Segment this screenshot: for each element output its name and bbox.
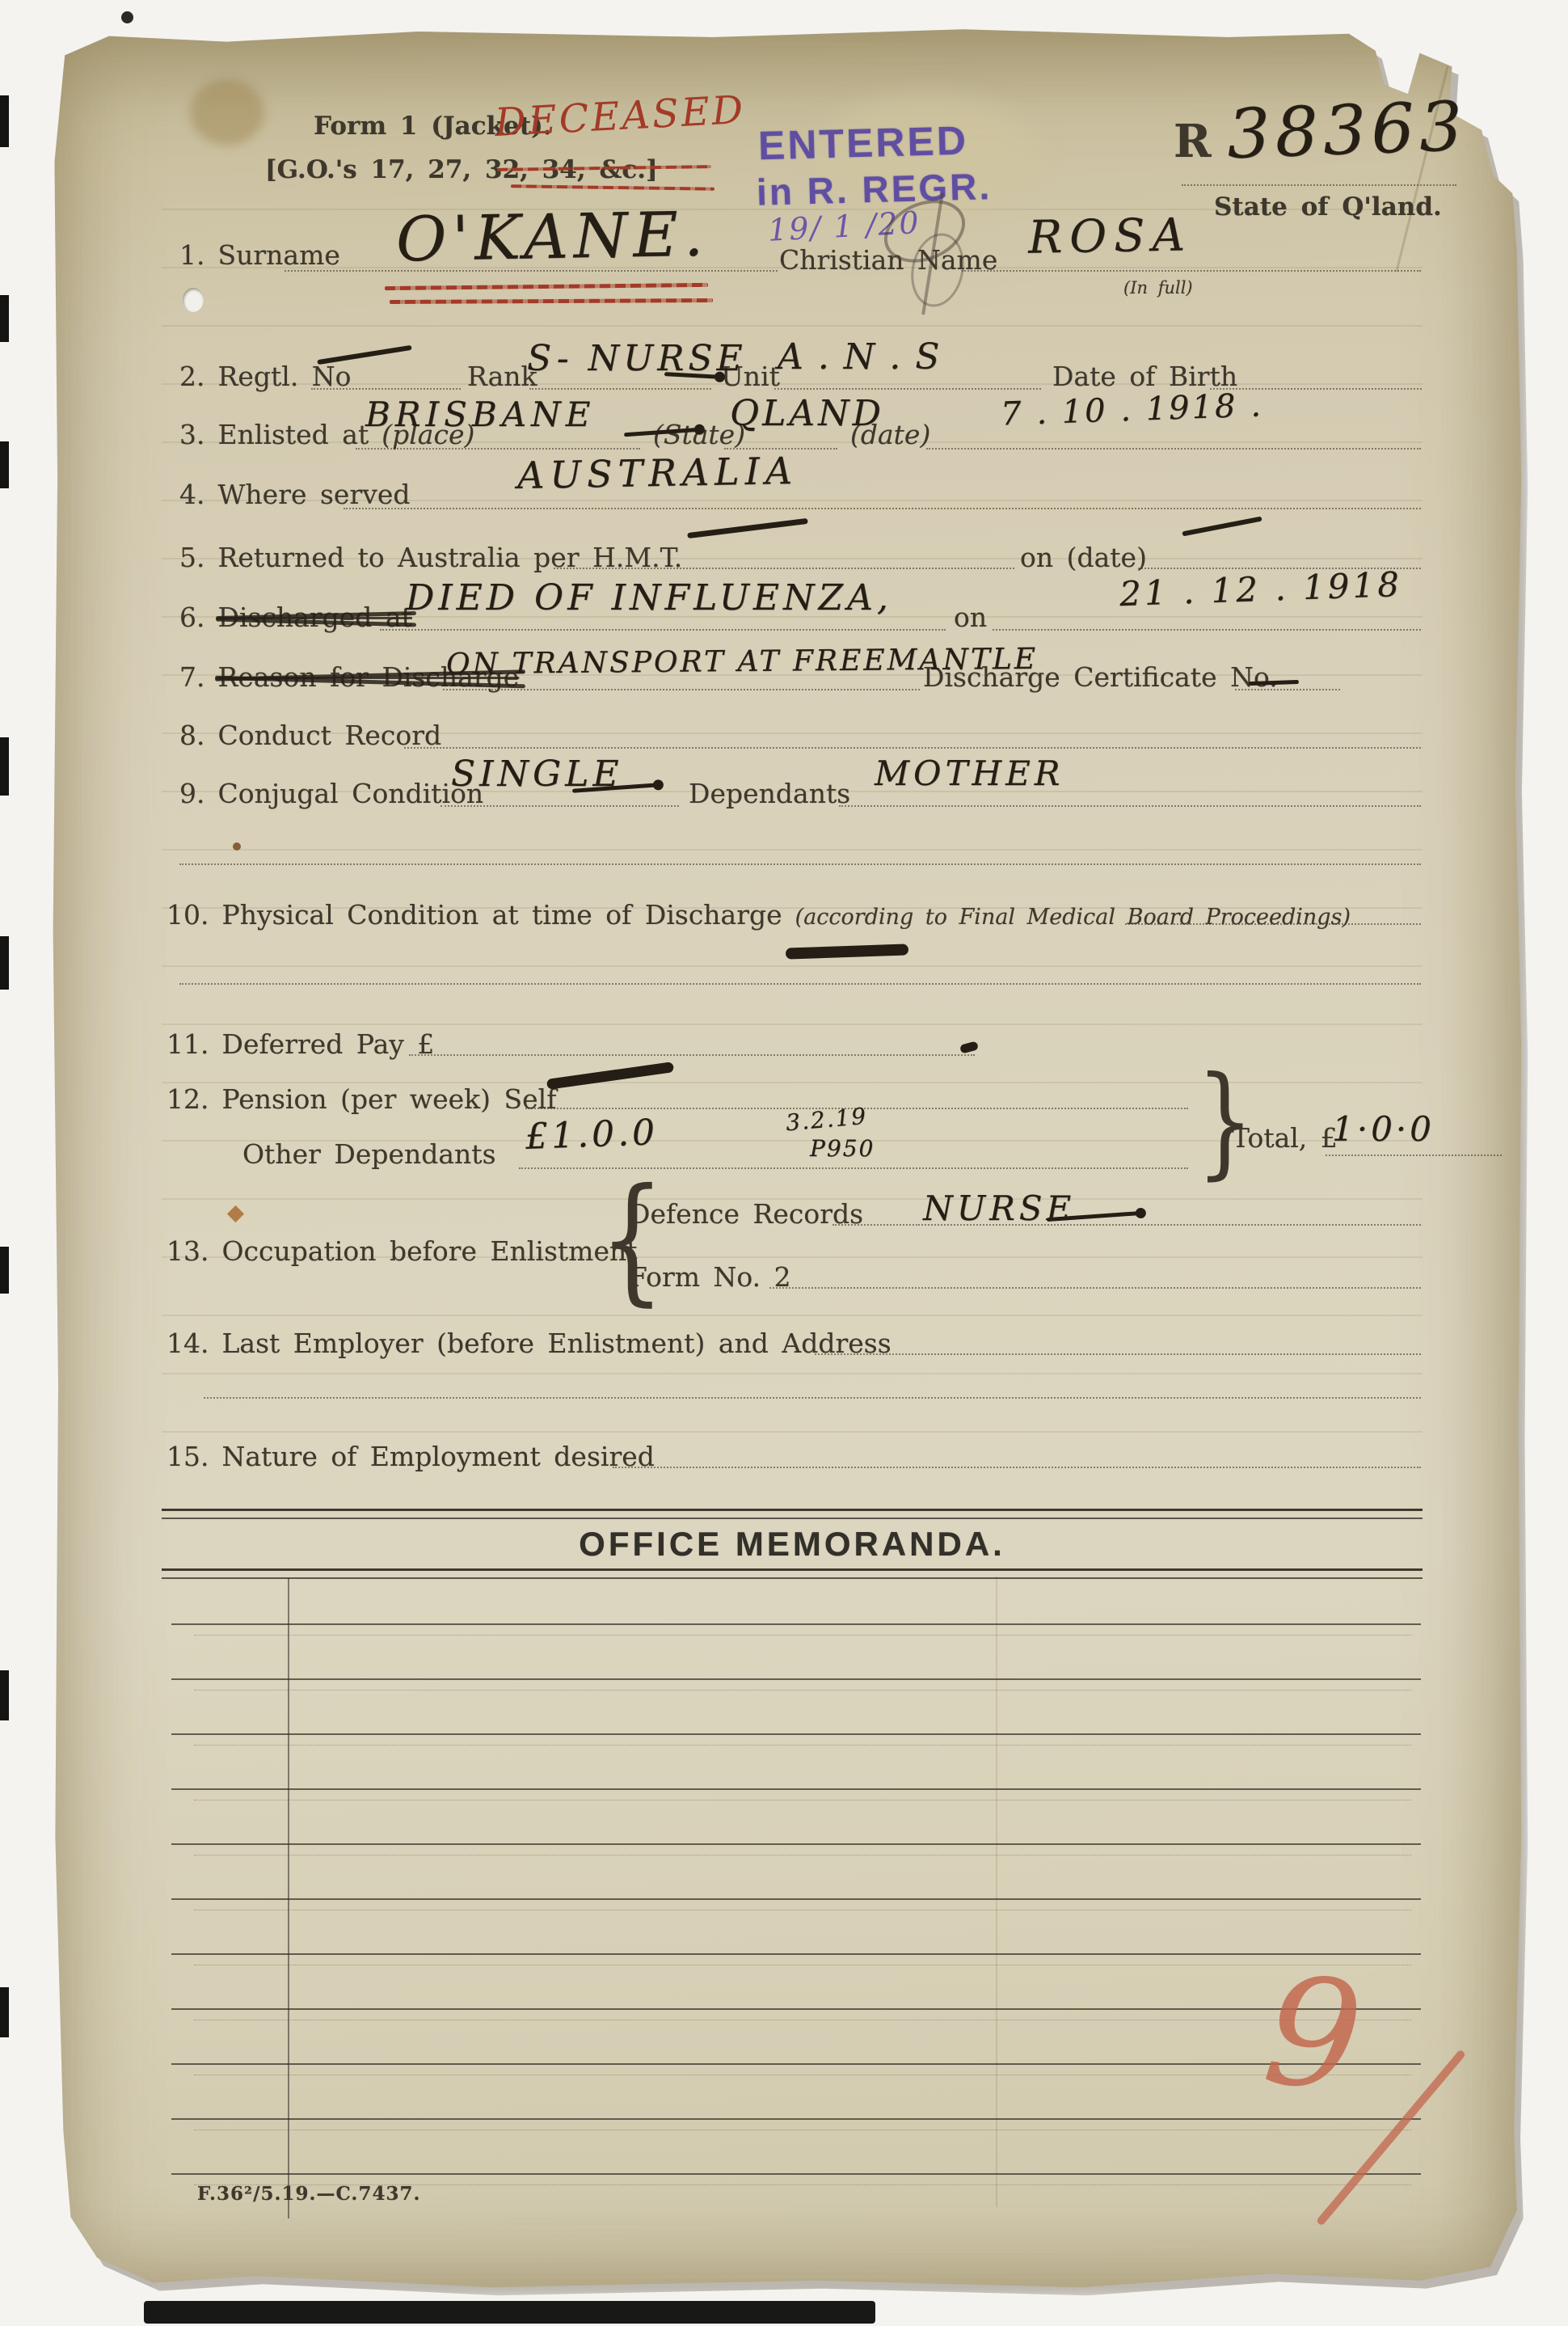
document-scan: Form 1 (Jacket). [G.O.'s 17, 27, 32, 34,… — [0, 0, 1568, 2326]
served-label: Where served — [218, 479, 411, 510]
discharged-value: DIED OF INFLUENZA, — [406, 577, 892, 618]
regtl-number: 2. — [179, 361, 205, 392]
deferred-number: 11. — [166, 1028, 209, 1060]
paper-stain — [190, 79, 264, 146]
conduct-field-label: 8. Conduct Record — [179, 720, 441, 751]
date-of-birth-label: Date of Birth — [1052, 361, 1237, 392]
dotted-rule — [204, 1397, 1421, 1399]
memoranda-row-line — [171, 1788, 1421, 1790]
dotted-rule — [344, 508, 1421, 509]
deferred-field-label: 11. Deferred Pay £ — [166, 1028, 434, 1060]
pension-field-label: 12. Pension (per week) Self — [166, 1083, 556, 1115]
christian-name-value: ROSA — [1027, 209, 1192, 264]
enlisted-number: 3. — [179, 419, 205, 450]
dotted-rule — [839, 805, 1421, 807]
dotted-rule — [179, 863, 1421, 865]
scan-speck — [121, 11, 133, 23]
dotted-rule — [613, 1467, 1421, 1468]
enlisted-label: Enlisted at — [218, 419, 369, 450]
returned-field-label: 5. Returned to Australia per H.M.T. — [179, 542, 682, 573]
served-field-label: 4. Where served — [179, 479, 411, 510]
dependants-label: Dependants — [689, 778, 850, 809]
surname-value: O'KANE. — [395, 198, 709, 276]
memoranda-row-line — [171, 1898, 1421, 1900]
dotted-rule — [404, 747, 1421, 749]
memoranda-row-line — [171, 1953, 1421, 1955]
red-crayon-mark: 9 — [1257, 1942, 1370, 2125]
memoranda-row-line — [171, 1843, 1421, 1845]
scanner-edge-mark — [0, 1987, 9, 2037]
state-label: State of Q'land. — [1214, 192, 1442, 222]
ink-speck — [233, 842, 241, 851]
scanner-edge-mark — [0, 737, 9, 796]
defence-records-value: NURSE — [923, 1188, 1075, 1228]
dotted-rule — [529, 388, 711, 390]
surname-number: 1. — [179, 239, 205, 271]
discharged-label-struck: Discharged at — [218, 602, 412, 633]
dotted-rule — [1326, 1155, 1502, 1156]
dotted-rule — [926, 448, 1421, 450]
discharged-on-label: on — [954, 602, 987, 633]
dotted-rule — [380, 629, 946, 631]
employment-number: 15. — [166, 1441, 209, 1472]
memoranda-row-line — [171, 2118, 1421, 2120]
conduct-label: Conduct Record — [218, 720, 442, 751]
reason-value: ON TRANSPORT AT FREEMANTLE — [446, 643, 1038, 681]
scanner-edge-mark — [0, 95, 9, 147]
pension-number: 12. — [166, 1083, 209, 1115]
conjugal-field-label: 9. Conjugal Condition — [179, 778, 483, 809]
memoranda-bottom-rule — [162, 1568, 1423, 1579]
dotted-rule — [769, 1287, 1421, 1289]
dotted-rule — [774, 388, 1041, 390]
dotted-rule — [1182, 184, 1456, 186]
served-value: AUSTRALIA — [517, 449, 799, 497]
memoranda-row-line — [171, 1678, 1421, 1680]
occupation-field-label: 13. Occupation before Enlistment — [166, 1235, 638, 1267]
dotted-rule — [993, 629, 1421, 631]
regtl-label: Regtl. No — [218, 361, 352, 392]
employment-field-label: 15. Nature of Employment desired — [166, 1441, 655, 1472]
scanner-edge-mark — [0, 1670, 9, 1720]
punch-hole — [183, 288, 204, 312]
memoranda-row-line — [171, 1733, 1421, 1735]
scanner-bottom-band — [144, 2301, 875, 2324]
pension-brace: } — [1196, 1061, 1254, 1182]
pension-label: Pension (per week) Self — [221, 1083, 556, 1115]
occupation-number: 13. — [166, 1235, 209, 1267]
memoranda-top-rule — [162, 1509, 1423, 1519]
employment-label: Nature of Employment desired — [221, 1441, 654, 1472]
crease-line — [996, 1577, 997, 2207]
defence-records-label: Defence Records — [629, 1198, 863, 1230]
discharged-number: 6. — [179, 602, 205, 633]
scanner-edge-mark — [0, 441, 9, 488]
enlisted-place-value: BRISBANE — [365, 395, 595, 434]
form-no-2-label: Form No. 2 — [629, 1261, 791, 1293]
memoranda-row-line — [171, 2173, 1421, 2175]
memoranda-row-line — [171, 1623, 1421, 1625]
printer-code: F.36²/5.19.—C.7437. — [197, 2183, 420, 2205]
regtl-field-label: 2. Regtl. No — [179, 361, 352, 392]
physical-label: Physical Condition at time of Discharge — [221, 899, 782, 931]
surname-field-label: 1. Surname — [179, 239, 340, 271]
unit-value: A . N . S — [778, 336, 941, 378]
surname-label: Surname — [218, 239, 340, 271]
total-value: 1·0·0 — [1332, 1109, 1435, 1149]
conduct-number: 8. — [179, 720, 205, 751]
conjugal-number: 9. — [179, 778, 205, 809]
dotted-rule — [409, 1054, 975, 1056]
rank-value: S- NURSE — [527, 338, 747, 379]
total-label: Total, £ — [1232, 1122, 1338, 1154]
dotted-rule — [179, 983, 1421, 985]
pension-annotation-ref: P950 — [810, 1135, 875, 1162]
discharged-field-label: 6. Discharged at — [179, 602, 412, 633]
deferred-label: Deferred Pay £ — [221, 1028, 434, 1060]
entered-stamp-line1: ENTERED — [757, 117, 968, 170]
physical-field-label: 10. Physical Condition at time of Discha… — [166, 899, 1351, 931]
other-dependants-label: Other Dependants — [242, 1138, 496, 1170]
physical-number: 10. — [166, 899, 209, 931]
register-number: 38363 — [1225, 87, 1468, 174]
dependants-value: MOTHER — [875, 754, 1064, 793]
employer-field-label: 14. Last Employer (before Enlistment) an… — [166, 1328, 891, 1359]
memoranda-row-line — [171, 2008, 1421, 2010]
returned-on-label: on (date) — [1020, 542, 1147, 573]
physical-note: (according to Final Medical Board Procee… — [795, 905, 1351, 930]
occupation-label: Occupation before Enlistment — [221, 1235, 637, 1267]
employer-label: Last Employer (before Enlistment) and Ad… — [221, 1328, 891, 1359]
dotted-rule — [815, 1353, 1421, 1355]
scanner-edge-mark — [0, 936, 9, 990]
returned-number: 5. — [179, 542, 205, 573]
scanner-edge-mark — [0, 295, 9, 342]
memoranda-row-line — [171, 2063, 1421, 2065]
conjugal-label: Conjugal Condition — [218, 778, 484, 809]
register-prefix: R — [1174, 115, 1212, 168]
office-memoranda-title: OFFICE MEMORANDA. — [162, 1525, 1423, 1564]
served-number: 4. — [179, 479, 205, 510]
enlisted-state-value: QLAND — [730, 393, 884, 434]
other-dependants-value: £1.0.0 — [525, 1112, 659, 1158]
scanner-edge-mark — [0, 1247, 9, 1294]
employer-number: 14. — [166, 1328, 209, 1359]
reason-number: 7. — [179, 661, 205, 693]
in-full-note: (In full) — [1123, 278, 1193, 298]
returned-label: Returned to Australia per H.M.T. — [218, 542, 683, 573]
dotted-rule — [962, 270, 1421, 272]
